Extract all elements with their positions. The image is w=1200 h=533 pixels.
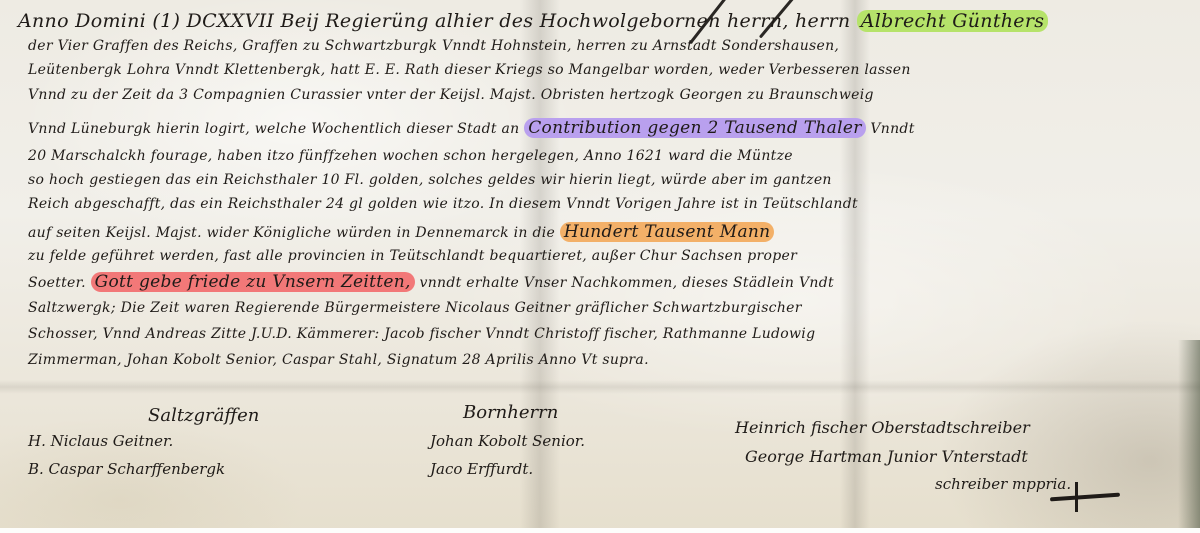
official-name: schreiber mppria. — [935, 475, 1071, 493]
parchment-edge-shadow — [1178, 340, 1200, 533]
manuscript-text: Vnnd Lüneburgk hierin logirt, welche Woc… — [28, 121, 524, 137]
bornherren-heading: Bornherrn — [463, 402, 558, 423]
manuscript-line: Schosser, Vnnd Andreas Zitte J.U.D. Kämm… — [28, 326, 815, 342]
manuscript-text: Schosser, Vnnd Andreas Zitte J.U.D. Kämm… — [28, 326, 815, 342]
manuscript-line: Zimmerman, Johan Kobolt Senior, Caspar S… — [28, 352, 649, 368]
manuscript-text: Reich abgeschafft, das ein Reichsthaler … — [28, 196, 858, 212]
manuscript-line: der Vier Graffen des Reichs, Graffen zu … — [28, 38, 839, 54]
official-name: Heinrich fischer Oberstadtschreiber — [735, 418, 1030, 437]
image-bottom-edge — [0, 528, 1200, 533]
manuscript-text: Vnndt — [866, 121, 915, 137]
manuscript-text: auf seiten Keijsl. Majst. wider Königlic… — [28, 225, 560, 241]
manuscript-text: Leütenbergk Lohra Vnndt Klettenbergk, ha… — [28, 62, 911, 78]
salzgrafen-heading: Saltzgräffen — [148, 405, 259, 426]
manuscript-line: 20 Marschalckh fourage, haben itzo fünff… — [28, 148, 793, 164]
manuscript-line: Vnnd Lüneburgk hierin logirt, welche Woc… — [28, 118, 915, 138]
manuscript-text: Saltzwergk; Die Zeit waren Regierende Bü… — [28, 300, 802, 316]
manuscript-line: Saltzwergk; Die Zeit waren Regierende Bü… — [28, 300, 802, 316]
manuscript-text: 20 Marschalckh fourage, haben itzo fünff… — [28, 148, 793, 164]
parchment-fold — [520, 0, 560, 533]
manuscript-line: Reich abgeschafft, das ein Reichsthaler … — [28, 196, 858, 212]
signature-flourish — [1075, 482, 1078, 512]
manuscript-text: vnndt erhalte Vnser Nachkommen, dieses S… — [415, 275, 834, 291]
highlighted-phrase-red: Gott gebe friede zu Vnsern Zeitten, — [91, 272, 415, 292]
manuscript-text: Zimmerman, Johan Kobolt Senior, Caspar S… — [28, 352, 649, 368]
manuscript-line: zu felde geführet werden, fast alle prov… — [28, 248, 797, 264]
manuscript-line: Soetter. Gott gebe friede zu Vnsern Zeit… — [28, 272, 834, 292]
manuscript-text: zu felde geführet werden, fast alle prov… — [28, 248, 797, 264]
bornherren-name: Johan Kobolt Senior. — [430, 432, 585, 450]
salzgrafen-name: B. Caspar Scharffenbergk — [28, 460, 225, 478]
manuscript-text: so hoch gestiegen das ein Reichsthaler 1… — [28, 172, 832, 188]
official-name: George Hartman Junior Vnterstadt — [745, 447, 1028, 466]
highlighted-phrase-green: Albrecht Günthers — [857, 10, 1049, 32]
manuscript-line: so hoch gestiegen das ein Reichsthaler 1… — [28, 172, 832, 188]
manuscript-line: Vnnd zu der Zeit da 3 Compagnien Curassi… — [28, 87, 874, 103]
manuscript-text: Anno Domini (1) DCXXVII Beij Regierüng a… — [18, 10, 857, 32]
salzgrafen-name: H. Niclaus Geitner. — [28, 432, 173, 450]
highlighted-phrase-purple: Contribution gegen 2 Tausend Thaler — [524, 118, 865, 138]
parchment-crease — [0, 380, 1200, 394]
highlighted-phrase-orange: Hundert Tausent Mann — [560, 222, 775, 242]
manuscript-line: Anno Domini (1) DCXXVII Beij Regierüng a… — [18, 10, 1048, 32]
manuscript-text: Vnnd zu der Zeit da 3 Compagnien Curassi… — [28, 87, 874, 103]
manuscript-text: Soetter. — [28, 275, 91, 291]
manuscript-line: auf seiten Keijsl. Majst. wider Königlic… — [28, 222, 774, 242]
manuscript-line: Leütenbergk Lohra Vnndt Klettenbergk, ha… — [28, 62, 911, 78]
manuscript-text: der Vier Graffen des Reichs, Graffen zu … — [28, 38, 839, 54]
bornherren-name: Jaco Erffurdt. — [430, 460, 533, 478]
